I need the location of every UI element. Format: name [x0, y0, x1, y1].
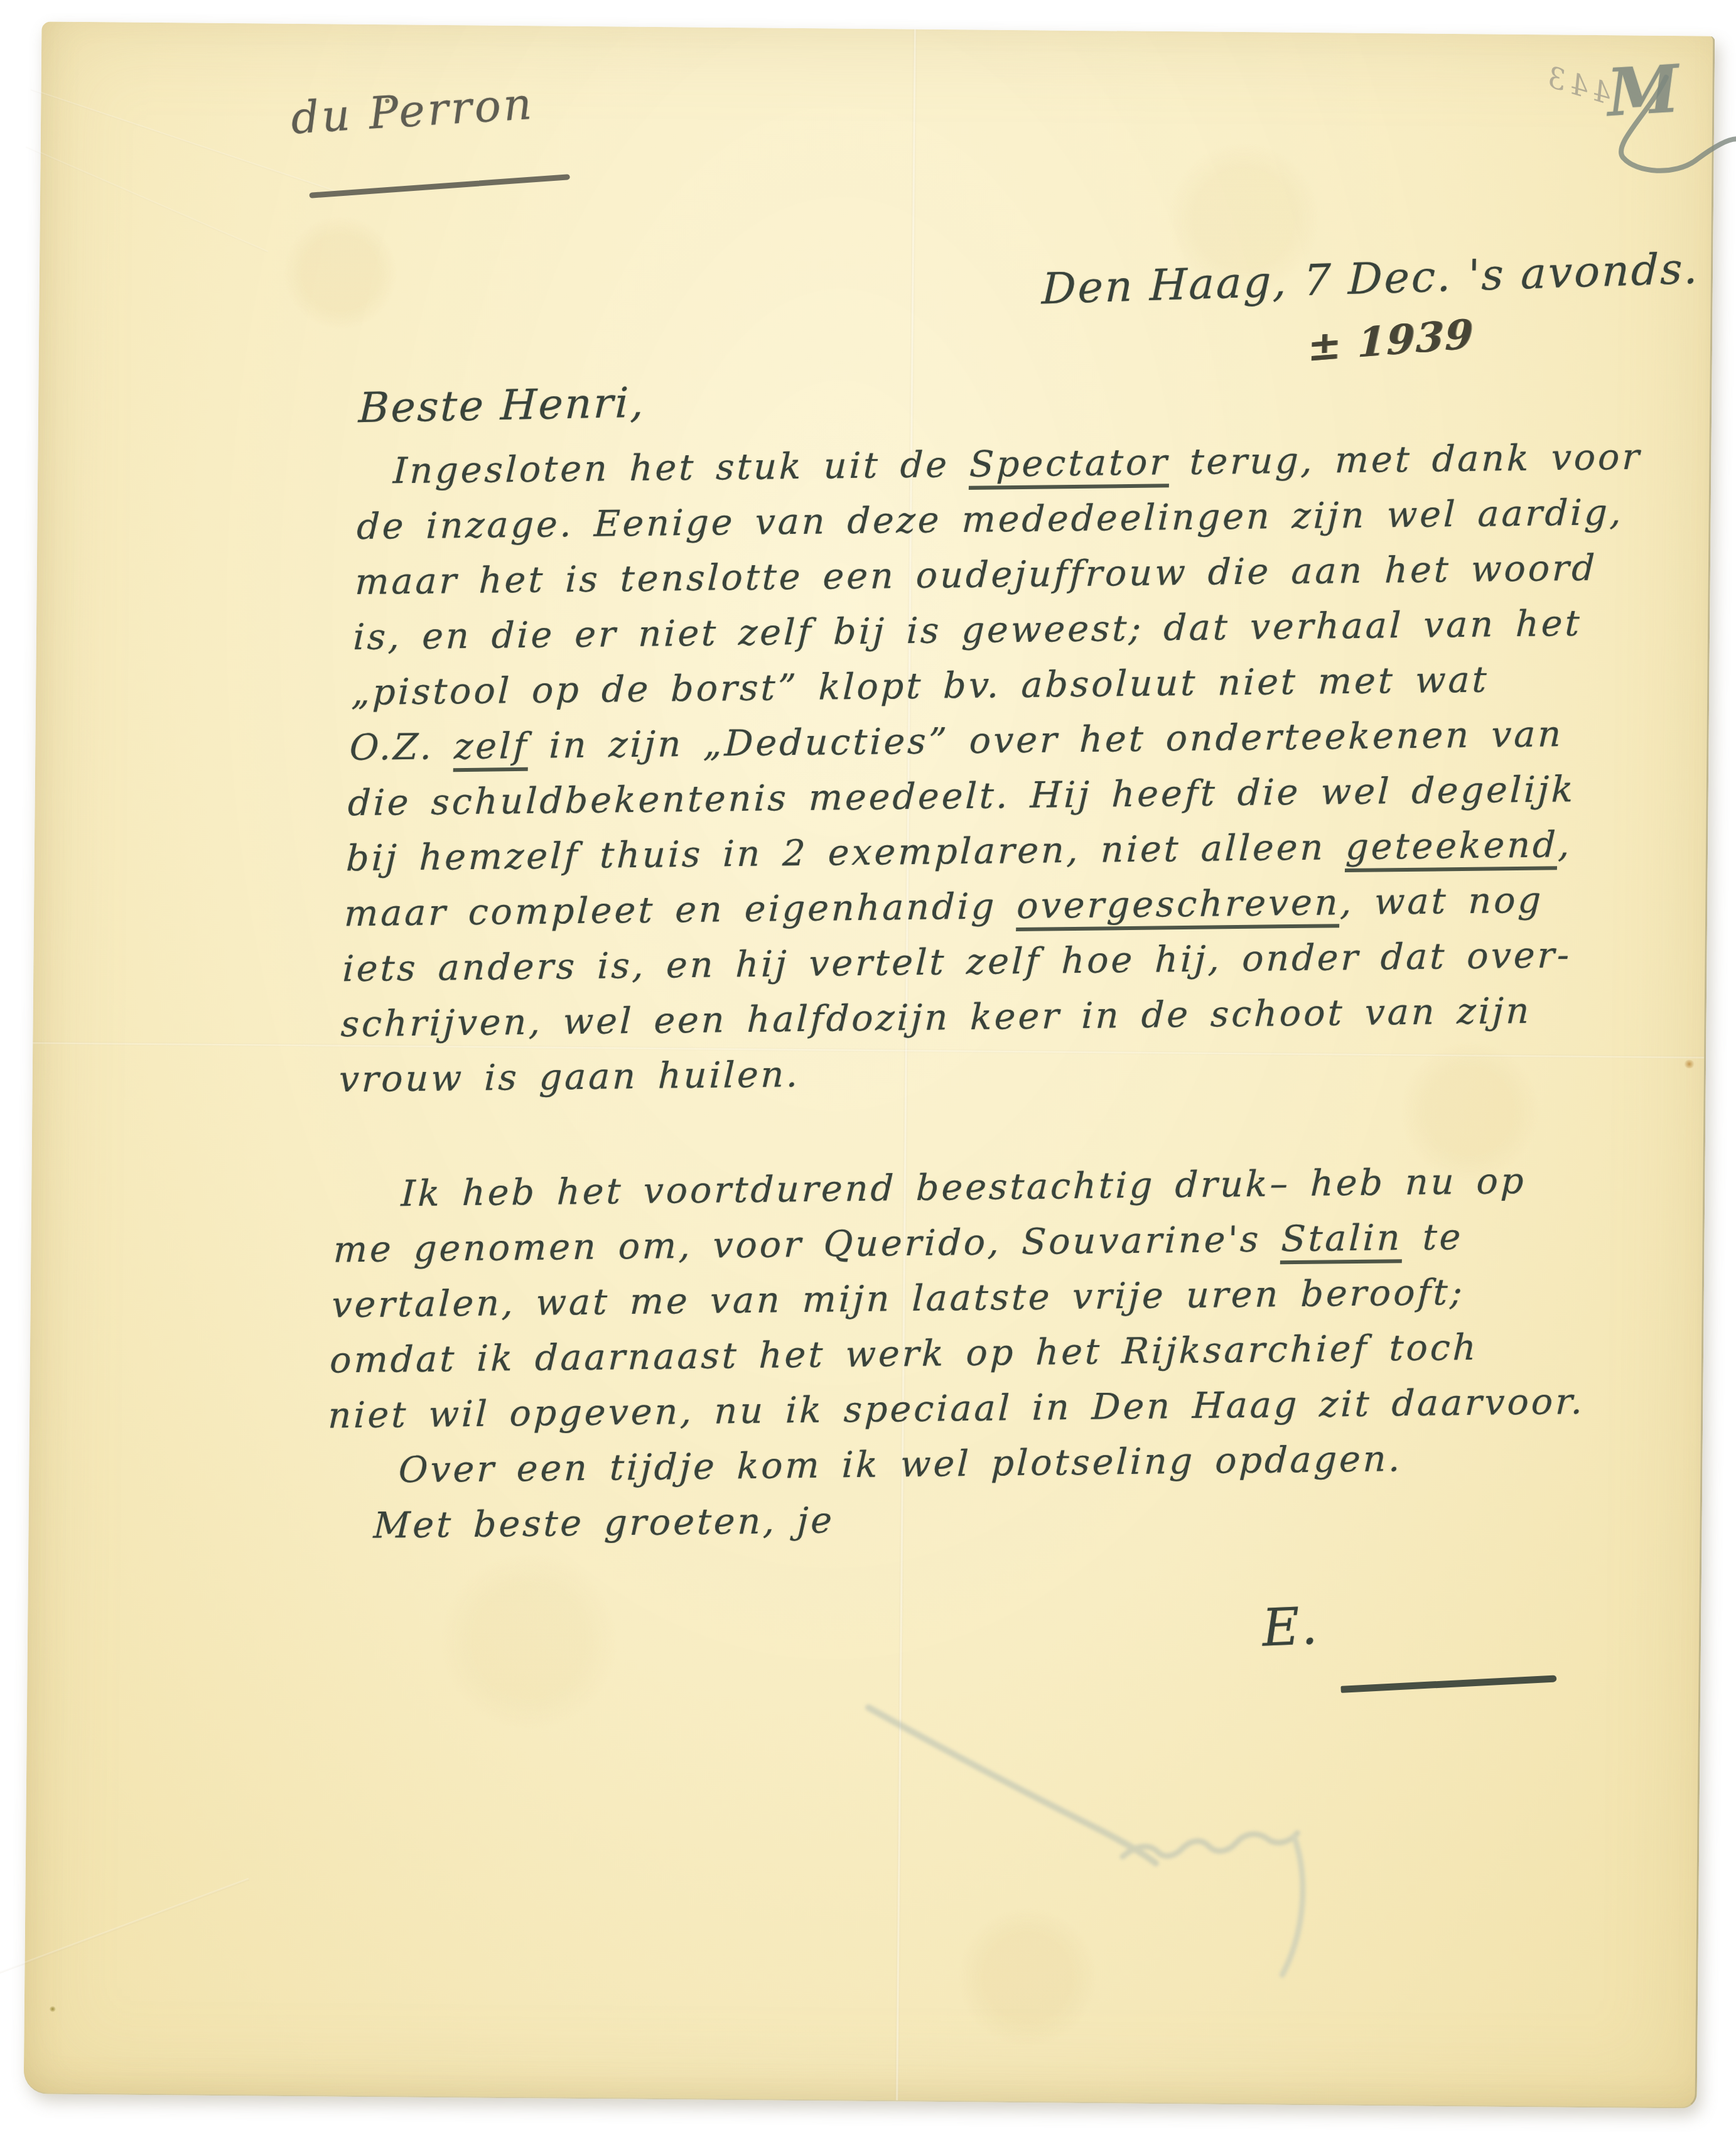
- underlined-word: overgeschreven: [1016, 882, 1341, 931]
- line-text: terug, met dank voor: [1169, 436, 1642, 484]
- paper-speck: [50, 2006, 56, 2012]
- letter-body: Ingesloten het stuk uit de Spectator ter…: [324, 428, 1725, 1554]
- wrinkle-bottom-left: [0, 1878, 249, 1975]
- paragraph-1: Ingesloten het stuk uit de Spectator ter…: [338, 428, 1725, 1107]
- line-text: Met beste groeten, je: [373, 1500, 835, 1546]
- letter-sheet: du Perron 443 M Den Haag, 7 Dec. 's avon…: [24, 21, 1715, 2108]
- line-text: in zijn „Deducties” over het onderteeken…: [528, 713, 1564, 767]
- line-text: „pistool op de borst” klopt bv. absoluut…: [351, 659, 1490, 713]
- line-text: bij hemzelf thuis in 2 exemplaren, niet …: [345, 826, 1346, 879]
- line-text: te: [1402, 1216, 1464, 1258]
- underlined-word: zelf: [453, 725, 529, 772]
- line-text: Over een tijdje kom ik wel plotseling op…: [398, 1438, 1403, 1491]
- corner-monogram: M: [1605, 50, 1681, 131]
- line-text: Ingesloten het stuk uit de: [392, 444, 970, 492]
- line-text: O.Z.: [349, 726, 455, 769]
- sender-annotation: du Perron: [289, 78, 536, 144]
- salutation: Beste Henri,: [358, 378, 646, 432]
- line-text: , wat nog: [1340, 880, 1545, 924]
- underlined-word: Stalin: [1280, 1217, 1403, 1264]
- underlined-word: geteekend: [1345, 824, 1558, 872]
- wrinkle-top-left-2: [26, 146, 268, 252]
- line-text: maar compleet en eigenhandig: [343, 885, 1017, 934]
- bleedthrough-handwriting: [831, 1696, 1349, 2027]
- line-text: de inzage. Eenige van deze mededeelingen…: [356, 492, 1624, 548]
- line-text: omdat ik daarnaast het werk op het Rijks…: [329, 1327, 1479, 1382]
- paragraph-2: Ik heb het voortdurend beestachtig druk–…: [327, 1152, 1701, 1444]
- line-text: schrijven, wel een halfdozijn keer in de…: [340, 990, 1533, 1046]
- line-text: Ik heb het voortdurend beestachtig druk–…: [401, 1161, 1527, 1215]
- line-text: niet wil opgeven, nu ik speciaal in Den …: [328, 1381, 1586, 1437]
- line-text: maar het is tenslotte een oudejuffrouw d…: [354, 548, 1598, 603]
- line-text: iets anders is, en hij vertelt zelf hoe …: [342, 934, 1573, 990]
- scan-background: du Perron 443 M Den Haag, 7 Dec. 's avon…: [0, 0, 1736, 2132]
- signature: E.: [1261, 1596, 1320, 1659]
- signature-underline: [1340, 1675, 1556, 1692]
- line-text: vertalen, wat me van mijn laatste vrije …: [331, 1272, 1465, 1326]
- sender-annotation-underline: [309, 174, 570, 198]
- line-text: me genomen om, voor Querido, Souvarine's: [333, 1218, 1282, 1270]
- line-text: is, en die er niet zelf bij is geweest; …: [353, 603, 1583, 658]
- line-text: ,: [1557, 824, 1572, 865]
- year-annotation: ± 1939: [1307, 311, 1475, 371]
- corner-number-annotation: 443: [1538, 58, 1615, 111]
- line-text: die schuldbekentenis meedeelt. Hij heeft…: [347, 769, 1576, 824]
- line-text: vrouw is gaan huilen.: [338, 1054, 801, 1100]
- underlined-word: Spectator: [969, 441, 1170, 490]
- dateline: Den Haag, 7 Dec. 's avonds.: [1041, 244, 1700, 314]
